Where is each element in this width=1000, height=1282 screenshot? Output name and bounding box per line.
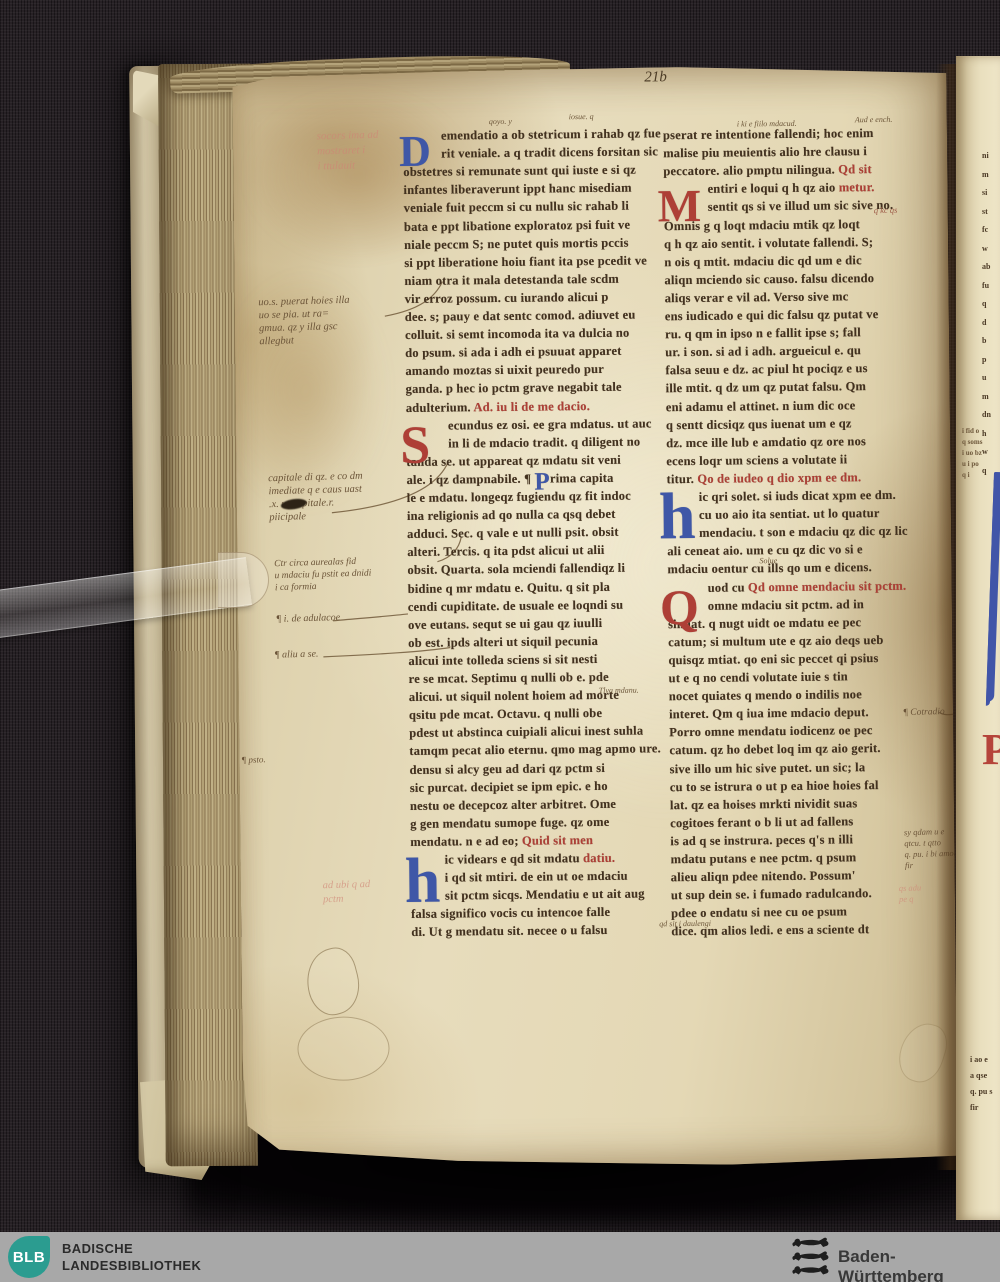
text-line: peccatore. alio pmptu nilingua. Qd sit <box>663 163 872 178</box>
marginalia-note: Ctr circa aurealas fidu mdaciu fu pstit … <box>274 556 372 595</box>
text-line: nocet quiates q mendo o indilis noe <box>669 688 862 703</box>
text-line: ille mtit. q dz um qz putat falsu. Qm <box>666 381 867 396</box>
text-line: vir erroz possum. cu iurando alicui p <box>405 291 609 306</box>
text-line: densu si alcy geu ad dari qz pctm si <box>410 761 606 776</box>
text-line: alicui. ut siquil nolent hoiem ad morte <box>409 689 619 704</box>
text-line: re se mcat. Septimu q nulli ob e. pde <box>409 671 609 686</box>
text-line: sentit qs si ve illud um sic sive no. <box>708 199 894 214</box>
text-line: colluit. si semt incomoda ita va dulcia … <box>405 327 630 342</box>
facing-text-fragment: dn <box>982 411 991 419</box>
marginalia-note: ¶ i. de adulacoe <box>276 612 340 626</box>
text-line: interet. Qm q iua ime mdacio deput. <box>669 706 869 721</box>
branding-footer-bar: BLB BADISCHE LANDESBIBLIOTHEK Baden-Würt… <box>0 1232 1000 1282</box>
facing-text-fragment: si <box>982 189 987 197</box>
text-line: mdatu putans e nee pctm. q psum <box>670 851 856 866</box>
facing-text-fragment: i ao e <box>970 1056 988 1064</box>
text-line: alieu aliqn pdee nitendo. Possum' <box>671 869 856 884</box>
text-line: cu to se istrura o ut p ea hioe hoies fa… <box>670 779 879 794</box>
illuminated-initial-D: D <box>399 126 431 177</box>
blb-logo-text: BLB <box>13 1249 45 1266</box>
text-line: dee. s; pauy e dat sentc comod. adiuvet … <box>405 309 636 325</box>
text-line: titur. Qo de iudeo q dio xpm ee dm. <box>666 471 861 486</box>
facing-text-fragment: h <box>982 430 986 438</box>
text-line: sit pctm sicqs. Mendatiu e ut ait aug <box>445 888 645 903</box>
text-line: adduci. Sec. q vale e ut nulli psit. obs… <box>407 526 619 541</box>
text-line: nestu oe decepcoz alter arbitret. Ome <box>410 797 616 812</box>
text-line: aliqn mciendo sic causo. falsu dicendo <box>664 272 874 287</box>
illuminated-initial-S: S <box>400 413 431 475</box>
facing-text-fragment: st <box>982 208 988 216</box>
text-line: ru. q qm in ipso n e fallit ipse s; fall <box>665 326 861 341</box>
facing-gloss-fragment: u i po <box>962 461 979 468</box>
blb-logo: BLB <box>8 1236 50 1278</box>
manuscript-page-21b: 21b DShemendatio a ob stetricum i rahab … <box>232 64 957 1169</box>
facing-text-fragment: q. pu s <box>970 1088 992 1096</box>
text-line: tanda se. ut appareat qz mdatu sit veni <box>406 454 621 469</box>
marginalia-note: capitale di qz. e co dmimediate q e caus… <box>268 470 364 525</box>
text-line: catum. qz ho debet loq im qz aio gerit. <box>669 742 880 757</box>
text-line: omne mdaciu sit pctm. ad in <box>708 598 864 613</box>
text-line: emendatio a ob stetricum i rahab qz fue <box>441 127 661 142</box>
facing-text-fragment: d <box>982 319 986 327</box>
marginalia-note: ¶ psto. <box>241 754 266 766</box>
interlinear-gloss: Aud e ench. <box>855 115 893 124</box>
text-line: cu uo aio ita sentiat. ut lo quatur <box>699 507 880 522</box>
text-line: ecundus ez osi. ee gra mdatus. ut auc <box>448 417 652 432</box>
facing-text-fragment: ni <box>982 152 989 160</box>
marginalia-note: ¶ aliu a se. <box>274 649 318 662</box>
text-line: g gen mendatu sumope fuge. qz ome <box>410 816 609 831</box>
facing-text-fragment: w <box>982 448 988 456</box>
illuminated-initial-Q: Q <box>660 577 700 635</box>
text-line: alicui inte tolleda sciens si sit nesti <box>408 653 597 668</box>
text-line: ganda. p hec io pctm grave negabit tale <box>406 381 622 396</box>
facing-text-fragment: fc <box>982 226 988 234</box>
text-line: q h qz aio sentit. i volutate fallendi. … <box>664 236 873 251</box>
marginalia-note: socors ima admostraret ii ttulauit <box>316 128 379 175</box>
facing-text-fragment: fir <box>970 1104 978 1112</box>
baden-wuerttemberg-coat-of-arms-icon <box>790 1235 830 1279</box>
text-line: bata e ppt libatione exploratoz psi fuit… <box>404 218 630 233</box>
facing-text-fragment: u <box>982 374 986 382</box>
facing-gloss-fragment: q i <box>962 472 970 479</box>
state-name: Baden-Württemberg <box>838 1247 1000 1282</box>
text-line: adulterium. Ad. iu li de me dacio. <box>406 400 590 415</box>
text-line: aliqs verar e vil ad. Verso sive mc <box>665 290 849 305</box>
marginalia-note: qs adupe q <box>899 882 922 905</box>
facing-text-fragment: m <box>982 393 989 401</box>
text-line: entiri e loqui q h qz aio metur. <box>707 181 874 196</box>
text-line: pdest ut abstinca cuipiali alicui inest … <box>409 725 643 741</box>
interlinear-gloss: iosue. q <box>569 112 594 121</box>
interlinear-gloss: i ki e fiilo mdacud. <box>737 119 797 129</box>
facing-page-red-initial-fragment: P <box>982 724 1000 775</box>
text-line: cogitoes ferant o b li ut ad fallens <box>670 815 853 830</box>
illuminated-initial-h: h <box>404 844 440 918</box>
text-line: tamqm pecat alio eternu. qmo mag apmo ur… <box>409 743 661 759</box>
library-name-line2: LANDESBIBLIOTHEK <box>62 1257 201 1274</box>
interlinear-gloss: qoyo. y <box>489 117 512 126</box>
text-line: di. Ut g mendatu sit. necee o u falsu <box>411 924 607 939</box>
screenshot-root: { "colors":{"ink":"#42311f","rubric_red"… <box>0 0 1000 1282</box>
text-line: obstetres si remunate sunt qui iuste e s… <box>403 164 636 180</box>
facing-page-blue-initial-fragment <box>986 472 1000 702</box>
text-line: malise piu meuientis alio hre clausu i <box>663 145 867 160</box>
text-line: ut sup dein se. i fumado radulcando. <box>671 887 872 902</box>
facing-text-fragment: q <box>982 300 986 308</box>
facing-text-fragment: b <box>982 337 986 345</box>
facing-text-fragment: ab <box>982 263 990 271</box>
facing-text-fragment: m <box>982 171 989 179</box>
folio-number: 21b <box>644 69 667 86</box>
text-line: ale. i qz dampnabile. ¶ Prima capita <box>406 472 613 491</box>
facing-page-sliver: nimsistfcwabfuqdbpumdnhwqi fid oq somsi … <box>956 56 1000 1220</box>
text-line: i qd sit mtiri. de ein ut oe mdaciu <box>445 870 628 885</box>
illuminated-initial-M: M <box>657 179 701 232</box>
text-line: ove eutans. sequt se ui gau qz iuulli <box>408 617 602 632</box>
text-line: in li de mdacio tradit. q diligent no <box>448 435 640 450</box>
interlinear-gloss: qd sit i daulengi <box>659 919 711 929</box>
text-line: eni adamu el attinet. n ium dic oce <box>666 399 856 414</box>
text-line: niam otra it mala detestanda tale scdm <box>404 273 619 288</box>
text-line: bidine q mr mdatu e. Quitu. q sit pla <box>408 580 610 595</box>
text-line: amando moztas si uixit peuredo pur <box>405 363 604 378</box>
facing-text-fragment: q <box>982 467 986 475</box>
text-line: catum; si multum ute e qz aio deqs ueb <box>668 634 883 649</box>
text-line: qsitu pde mcat. Octavu. q nulli obe <box>409 707 602 722</box>
text-line: ob est. ipds alteri ut siquil pecunia <box>408 635 598 650</box>
text-line: ut e q no cendi volutate iuie s tin <box>669 670 848 685</box>
facing-text-fragment: a qse <box>970 1072 987 1080</box>
text-line: infantes liberaverunt ippt hanc misediam <box>403 182 631 198</box>
text-line: lat. qz ea hoises mrkti nividit suas <box>670 797 858 812</box>
text-line: n ois q mtit. mdaciu dic qd um e dic <box>664 254 862 269</box>
text-line: alteri. Tercis. q ita pdst alicui ut ali… <box>407 544 604 559</box>
text-line: mendaciu. t son e mdaciu qz dic qz lic <box>699 525 908 540</box>
text-line: obsit. Quarta. sola mciendi fallendiqz l… <box>407 562 625 577</box>
facing-text-fragment: w <box>982 245 988 253</box>
text-line: cendi cupiditate. de usuale ee loqndi su <box>408 598 623 613</box>
text-line: ens iudicado e qui dic falsu qz putat ve <box>665 308 879 323</box>
marginalia-note: ad ubi q adpctm <box>322 878 370 907</box>
text-line: ina religionis ad qo nulla ca qsq debet <box>407 508 616 523</box>
text-line: ic qri solet. si iuds dicat xpm ee dm. <box>699 489 896 504</box>
interlinear-gloss: Tlva mdanu. <box>599 686 639 695</box>
text-line: uod cu Qd omne mendaciu sit pctm. <box>708 579 907 594</box>
text-line: niale peccm S; ne putet quis mortis pcci… <box>404 236 629 251</box>
text-line: ecens loqr um sciens a volutate ii <box>666 453 847 468</box>
library-name-line1: BADISCHE <box>62 1240 201 1257</box>
facing-text-fragment: p <box>982 356 986 364</box>
text-line: dz. mce ille lub e amdatio qz ore nos <box>666 435 866 450</box>
text-line: pserat re intentione fallendi; hoc enim <box>663 127 874 142</box>
text-line: sive illo um hic sive putet. un sic; la <box>670 761 866 776</box>
text-line: le e mdatu. longeqz fugiendu qz fit indo… <box>407 490 631 505</box>
text-line: veniale fuit peccm si cu nullu sic rahab… <box>404 200 629 215</box>
facing-text-fragment: fu <box>982 282 989 290</box>
illuminated-initial-h: h <box>659 479 697 555</box>
text-column-right: MhQpserat re intentione fallendi; hoc en… <box>663 127 912 957</box>
library-name: BADISCHE LANDESBIBLIOTHEK <box>62 1240 201 1274</box>
marginalia-note: q kc qs <box>874 205 898 216</box>
text-line: sic purcat. decipiet se ipm epic. e ho <box>410 779 608 794</box>
text-line: falsa seuu e dz. ac piul ht pociqz e us <box>665 362 867 377</box>
text-column-left: DShemendatio a ob stetricum i rahab qz f… <box>403 127 656 958</box>
text-line: ur. i son. si ad i adh. argueicul e. qu <box>665 344 861 359</box>
text-line: si ppt liberatione hoiu fiant ita pse pc… <box>404 254 647 270</box>
marginalia-note: uo.s. puerat hoies illauo se pia. ut ra=… <box>258 294 351 349</box>
text-line: q sentt dicsiqz qus iuenat um e qz <box>666 417 852 432</box>
text-line: quisqz mtiat. qo eni sic peccet qi psius <box>668 652 878 667</box>
text-line: do psum. si ada i adh ei psuuat apparet <box>405 345 621 360</box>
text-line: ic videars e qd sit mdatu datiu. <box>444 852 615 867</box>
text-line: rit veniale. a q tradit dicens forsitan … <box>441 145 658 160</box>
interlinear-gloss: Solue <box>759 556 777 565</box>
facing-gloss-fragment: i fid o <box>962 428 979 435</box>
facing-gloss-fragment: q soms <box>962 439 982 446</box>
text-line: Porro omne mendatu iodicenz oe pec <box>669 724 873 739</box>
text-line: is ad q se instrura. peces q's n illi <box>670 833 853 848</box>
facing-gloss-fragment: i uo bz <box>962 450 982 457</box>
